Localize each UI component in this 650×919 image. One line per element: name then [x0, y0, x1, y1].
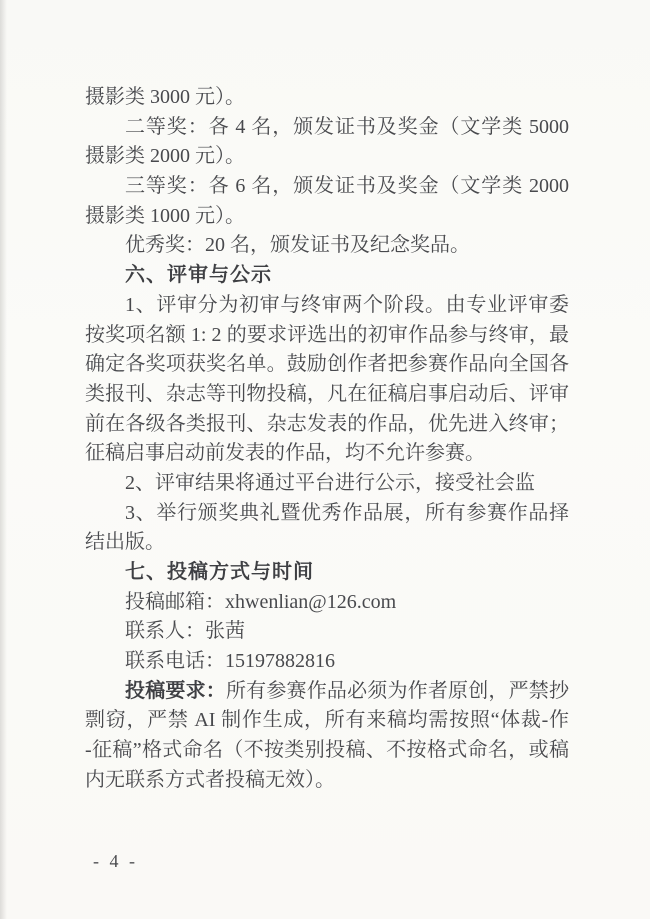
review-item2-line: 2、评审结果将通过平台进行公示，接受社会监督。: [85, 469, 569, 499]
review-item1-line: 按奖项名额 1: 2 的要求评选出的初审作品参与终审，最终: [85, 321, 569, 351]
contact-person-line: 联系人：张茜: [85, 617, 569, 647]
submission-email-line: 投稿邮箱：xhwenlian@126.com: [85, 588, 569, 618]
review-item1-line: 类报刊、杂志等刊物投稿，凡在征稿启事启动后、评审开展: [85, 380, 569, 410]
requirements-label: 投稿要求：: [125, 680, 226, 702]
page-number: - 4 -: [93, 851, 138, 872]
requirements-line: -征稿”格式命名（不按类别投稿、不按格式命名，或稿件: [85, 736, 569, 766]
review-item1-line: 1、评审分为初审与终审两个阶段。由专业评审委员会: [85, 291, 569, 321]
contact-person-label: 联系人：: [125, 620, 205, 642]
submission-email-value: xhwenlian@126.com: [225, 591, 396, 613]
requirements-line: 投稿要求：所有参赛作品必须为作者原创，严禁抄袭、: [85, 677, 569, 707]
award-second-prize-line: 摄影类 2000 元）。: [85, 142, 569, 172]
award-first-prize-tail-line: 摄影类 3000 元）。: [85, 83, 569, 113]
document-page: 摄影类 3000 元）。 二等奖：各 4 名，颁发证书及奖金（文学类 5000 …: [0, 0, 650, 919]
review-item1-line: 前在各级各类报刊、杂志发表的作品，优先进入终审；凡在: [85, 410, 569, 440]
contact-phone-label: 联系电话：: [125, 650, 225, 672]
review-item1-line: 征稿启事启动前发表的作品，均不允许参赛。: [85, 439, 569, 469]
award-third-prize-line: 摄影类 1000 元）。: [85, 202, 569, 232]
award-third-prize-line: 三等奖：各 6 名，颁发证书及奖金（文学类 2000 元、: [85, 172, 569, 202]
review-item1-line: 确定各奖项获奖名单。鼓励创作者把参赛作品向全国各级各: [85, 350, 569, 380]
review-item3-line: 3、举行颁奖典礼暨优秀作品展，所有参赛作品择优集: [85, 499, 569, 529]
contact-phone-value: 15197882816: [225, 650, 335, 672]
requirements-line: 内无联系方式者投稿无效）。: [85, 766, 569, 796]
contact-person-value: 张茜: [205, 620, 245, 642]
award-second-prize-line: 二等奖：各 4 名，颁发证书及奖金（文学类 5000 元、: [85, 113, 569, 143]
award-excellence-prize-line: 优秀奖：20 名，颁发证书及纪念奖品。: [85, 231, 569, 261]
section-heading-submission: 七、投稿方式与时间: [85, 558, 569, 588]
contact-phone-line: 联系电话：15197882816: [85, 647, 569, 677]
submission-email-label: 投稿邮箱：: [125, 591, 225, 613]
section-heading-review: 六、评审与公示: [85, 261, 569, 291]
review-item3-line: 结出版。: [85, 528, 569, 558]
requirements-line: 剽窃，严禁 AI 制作生成，所有来稿均需按照“体裁-作品名: [85, 706, 569, 736]
document-body: 摄影类 3000 元）。 二等奖：各 4 名，颁发证书及奖金（文学类 5000 …: [85, 83, 569, 796]
